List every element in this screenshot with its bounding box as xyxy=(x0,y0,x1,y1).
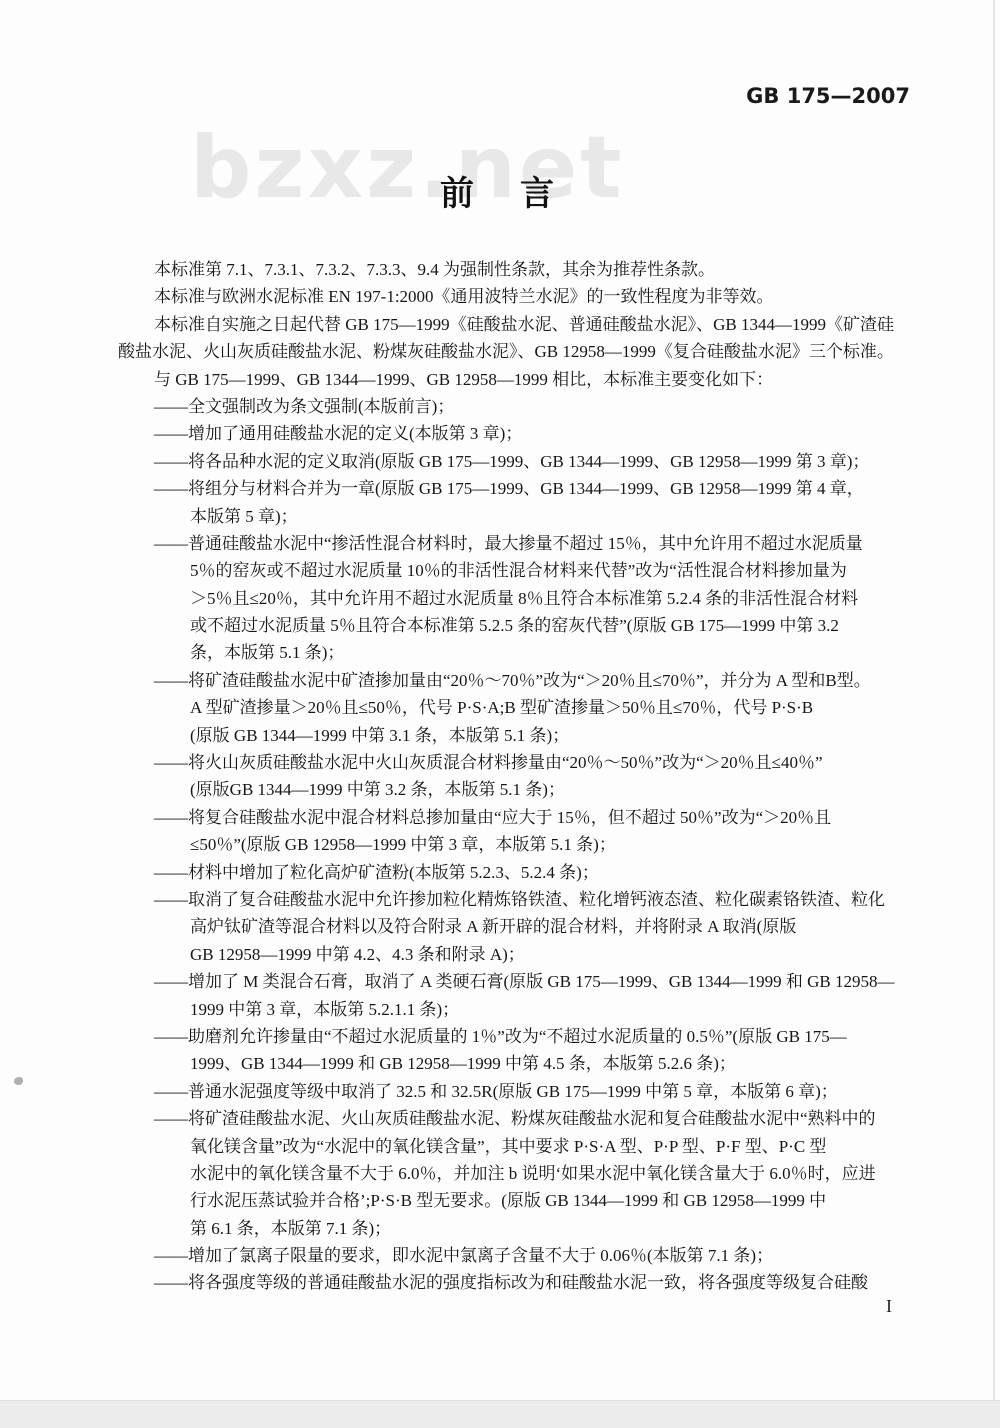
change-list-item: ——助磨剂允许掺量由“不超过水泥质量的 1％”改为“不超过水泥质量的 0.5％”… xyxy=(118,1023,928,1078)
change-list-item: ——增加了氯离子限量的要求，即水泥中氯离子含量不大于 0.06％(本版第 7.1… xyxy=(118,1242,928,1269)
paragraph: 与 GB 175—1999、GB 1344—1999、GB 12958—1999… xyxy=(118,366,928,393)
text-line: 或不超过水泥质量 5％且符合本标准第 5.2.5 条的窑灰代替”(原版 GB 1… xyxy=(118,612,928,639)
text-line: 氧化镁含量”改为“水泥中的氧化镁含量”，其中要求 P·S·A 型、P·P 型、P… xyxy=(118,1133,928,1160)
change-list-item: ——普通硅酸盐水泥中“掺活性混合材料时，最大掺量不超过 15％，其中允许用不超过… xyxy=(118,530,928,667)
text-line: 第 6.1 条，本版第 7.1 条)； xyxy=(118,1215,928,1242)
change-list-item: ——将矿渣硅酸盐水泥、火山灰质硅酸盐水泥、粉煤灰硅酸盐水泥和复合硅酸盐水泥中“熟… xyxy=(118,1105,928,1242)
standard-number: GB 175—2007 xyxy=(746,84,910,108)
text-line: ——增加了 M 类混合石膏，取消了 A 类硬石膏(原版 GB 175—1999、… xyxy=(118,968,928,995)
change-list-item: ——将矿渣硅酸盐水泥中矿渣掺加量由“20％～70％”改为“＞20％且≤70％”，… xyxy=(118,667,928,749)
change-list-item: ——普通水泥强度等级中取消了 32.5 和 32.5R(原版 GB 175—19… xyxy=(118,1078,928,1105)
change-list-item: ——将组分与材料合并为一章(原版 GB 175—1999、GB 1344—199… xyxy=(118,475,928,530)
change-list-item: ——增加了 M 类混合石膏，取消了 A 类硬石膏(原版 GB 175—1999、… xyxy=(118,968,928,1023)
text-line: ——普通硅酸盐水泥中“掺活性混合材料时，最大掺量不超过 15％，其中允许用不超过… xyxy=(118,530,928,557)
page-number: I xyxy=(886,1296,892,1317)
text-line: (原版 GB 1344—1999 中第 3.1 条，本版第 5.1 条)； xyxy=(118,722,928,749)
document-body: 本标准第 7.1、7.3.1、7.3.2、7.3.3、9.4 为强制性条款，其余… xyxy=(118,256,928,1297)
text-line: 条，本版第 5.1 条)； xyxy=(118,639,928,666)
text-line: 本标准自实施之日起代替 GB 175—1999《硅酸盐水泥、普通硅酸盐水泥》、G… xyxy=(118,311,928,338)
paragraph: 本标准第 7.1、7.3.1、7.3.2、7.3.3、9.4 为强制性条款，其余… xyxy=(118,256,928,283)
text-line: ——将各品种水泥的定义取消(原版 GB 175—1999、GB 1344—199… xyxy=(118,448,928,475)
text-line: ＞5％且≤20％，其中允许用不超过水泥质量 8％且符合本标准第 5.2.4 条的… xyxy=(118,585,928,612)
text-line: 5％的窑灰或不超过水泥质量 10％的非活性混合材料来代替”改为“活性混合材料掺加… xyxy=(118,557,928,584)
change-list-item: ——取消了复合硅酸盐水泥中允许掺加粒化精炼铬铁渣、粒化增钙液态渣、粒化碳素铬铁渣… xyxy=(118,886,928,968)
text-line: 与 GB 175—1999、GB 1344—1999、GB 12958—1999… xyxy=(118,366,928,393)
text-line: 本标准第 7.1、7.3.1、7.3.2、7.3.3、9.4 为强制性条款，其余… xyxy=(118,256,928,283)
change-list-item: ——将火山灰质硅酸盐水泥中火山灰质混合材料掺量由“20％～50％”改为“＞20％… xyxy=(118,749,928,804)
text-line: 行水泥压蒸试验并合格’;P·S·B 型无要求。(原版 GB 1344—1999 … xyxy=(118,1187,928,1214)
text-line: 1999 中第 3 章，本版第 5.2.1.1 条)； xyxy=(118,996,928,1023)
text-line: ——普通水泥强度等级中取消了 32.5 和 32.5R(原版 GB 175—19… xyxy=(118,1078,928,1105)
text-line: 本版第 5 章)； xyxy=(118,503,928,530)
text-line: ——材料中增加了粒化高炉矿渣粉(本版第 5.2.3、5.2.4 条)； xyxy=(118,859,928,886)
scan-edge-line xyxy=(993,0,995,1400)
text-line: 水泥中的氧化镁含量不大于 6.0％，并加注 b 说明‘如果水泥中氧化镁含量大于 … xyxy=(118,1160,928,1187)
text-line: ——取消了复合硅酸盐水泥中允许掺加粒化精炼铬铁渣、粒化增钙液态渣、粒化碳素铬铁渣… xyxy=(118,886,928,913)
text-line: ——增加了通用硅酸盐水泥的定义(本版第 3 章)； xyxy=(118,420,928,447)
change-list-item: ——将各强度等级的普通硅酸盐水泥的强度指标改为和硅酸盐水泥一致，将各强度等级复合… xyxy=(118,1269,928,1296)
text-line: ——全文强制改为条文强制(本版前言)； xyxy=(118,393,928,420)
text-line: ——将矿渣硅酸盐水泥、火山灰质硅酸盐水泥、粉煤灰硅酸盐水泥和复合硅酸盐水泥中“熟… xyxy=(118,1105,928,1132)
text-line: 酸盐水泥、火山灰质硅酸盐水泥、粉煤灰硅酸盐水泥》、GB 12958—1999《复… xyxy=(118,338,928,365)
change-list-item: ——材料中增加了粒化高炉矿渣粉(本版第 5.2.3、5.2.4 条)； xyxy=(118,859,928,886)
change-list-item: ——增加了通用硅酸盐水泥的定义(本版第 3 章)； xyxy=(118,420,928,447)
change-list-item: ——将复合硅酸盐水泥中混合材料总掺加量由“应大于 15％，但不超过 50％”改为… xyxy=(118,804,928,859)
scan-artifact xyxy=(14,1077,23,1085)
change-list-item: ——将各品种水泥的定义取消(原版 GB 175—1999、GB 1344—199… xyxy=(118,448,928,475)
paragraph: 本标准自实施之日起代替 GB 175—1999《硅酸盐水泥、普通硅酸盐水泥》、G… xyxy=(118,311,928,366)
text-line: A 型矿渣掺量＞20％且≤50％，代号 P·S·A;B 型矿渣掺量＞50％且≤7… xyxy=(118,694,928,721)
text-line: (原版GB 1344—1999 中第 3.2 条，本版第 5.1 条)； xyxy=(118,776,928,803)
scan-bottom-edge xyxy=(0,1400,1000,1428)
text-line: ——将复合硅酸盐水泥中混合材料总掺加量由“应大于 15％，但不超过 50％”改为… xyxy=(118,804,928,831)
text-line: 1999、GB 1344—1999 和 GB 12958—1999 中第 4.5… xyxy=(118,1050,928,1077)
scanned-document-page: bzxz.net GB 175—2007 前 言 本标准第 7.1、7.3.1、… xyxy=(0,0,1000,1428)
text-line: ——将矿渣硅酸盐水泥中矿渣掺加量由“20％～70％”改为“＞20％且≤70％”，… xyxy=(118,667,928,694)
text-line: ——增加了氯离子限量的要求，即水泥中氯离子含量不大于 0.06％(本版第 7.1… xyxy=(118,1242,928,1269)
text-line: 本标准与欧洲水泥标准 EN 197-1:2000《通用波特兰水泥》的一致性程度为… xyxy=(118,283,928,310)
text-line: ——将火山灰质硅酸盐水泥中火山灰质混合材料掺量由“20％～50％”改为“＞20％… xyxy=(118,749,928,776)
text-line: ——助磨剂允许掺量由“不超过水泥质量的 1％”改为“不超过水泥质量的 0.5％”… xyxy=(118,1023,928,1050)
text-line: ≤50％”(原版 GB 12958—1999 中第 3 章，本版第 5.1 条)… xyxy=(118,831,928,858)
text-line: 高炉钛矿渣等混合材料以及符合附录 A 新开辟的混合材料，并将附录 A 取消(原版 xyxy=(118,913,928,940)
page-title: 前 言 xyxy=(0,166,1000,215)
paragraph: 本标准与欧洲水泥标准 EN 197-1:2000《通用波特兰水泥》的一致性程度为… xyxy=(118,283,928,310)
text-line: ——将组分与材料合并为一章(原版 GB 175—1999、GB 1344—199… xyxy=(118,475,928,502)
text-line: ——将各强度等级的普通硅酸盐水泥的强度指标改为和硅酸盐水泥一致，将各强度等级复合… xyxy=(118,1269,928,1296)
change-list-item: ——全文强制改为条文强制(本版前言)； xyxy=(118,393,928,420)
text-line: GB 12958—1999 中第 4.2、4.3 条和附录 A)； xyxy=(118,941,928,968)
